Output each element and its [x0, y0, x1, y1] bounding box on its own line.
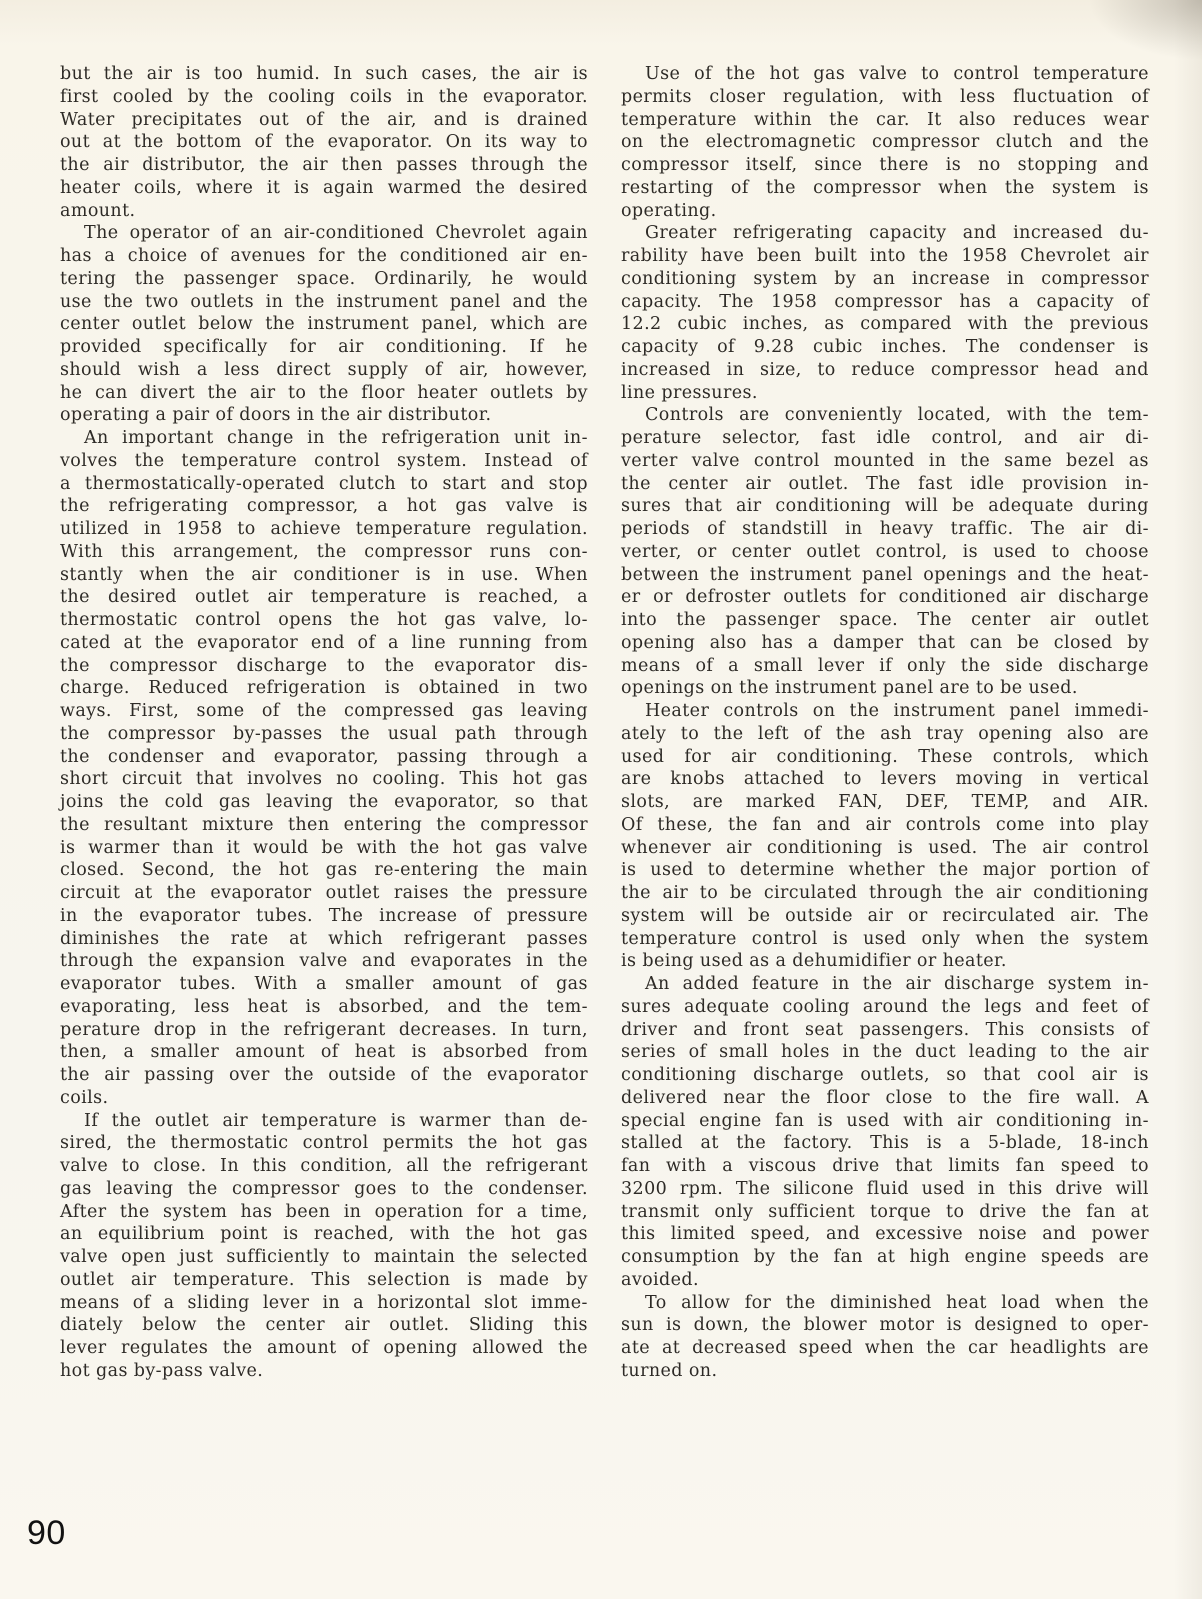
text-line: transmitonlysufficienttorquetodrivethefa…: [621, 1201, 1149, 1224]
text-line: hot gas by-pass valve.: [60, 1360, 588, 1383]
text-line: thecompressorby-passestheusualpaththroug…: [60, 723, 588, 746]
text-line: valvetoclose.Inthiscondition,alltherefri…: [60, 1155, 588, 1178]
text-line: driverandfrontseatpassengers.Thisconsist…: [621, 1019, 1149, 1042]
text-line: theairdistributor,theairthenpassesthroug…: [60, 154, 588, 177]
text-line: verter,orcenteroutletcontrol,isusedtocho…: [621, 541, 1149, 564]
text-line: hasachoiceofavenuesfortheconditionedaire…: [60, 245, 588, 268]
text-line: areknobsattachedtoleversmovinginvertical: [621, 768, 1149, 791]
text-line: Toallowforthediminishedheatloadwhenthe: [621, 1292, 1149, 1315]
text-line: valveopenjustsufficientlytomaintainthese…: [60, 1246, 588, 1269]
text-line: line pressures.: [621, 382, 1149, 405]
text-line: Anaddedfeatureintheairdischargesystemin-: [621, 973, 1149, 996]
text-line: openingalsohasadamperthatcanbeclosedby: [621, 632, 1149, 655]
text-line: consumptionbythefanathighenginespeedsare: [621, 1246, 1149, 1269]
text-line: atelytotheleftoftheashtrayopeningalsoare: [621, 723, 1149, 746]
text-line: thecenterairoutlet.Thefastidleprovisioni…: [621, 473, 1149, 496]
text-line: ateatdecreasedspeedwhenthecarheadlightsa…: [621, 1337, 1149, 1360]
text-line: suresthatairconditioningwillbeadequatedu…: [621, 495, 1149, 518]
text-line: deliverednearthefloorclosetothefirewall.…: [621, 1087, 1149, 1110]
text-line: ontheelectromagneticcompressorclutchandt…: [621, 131, 1149, 154]
text-line: periodsofstandstillinheavytraffic.Theair…: [621, 518, 1149, 541]
text-line: avoided.: [621, 1269, 1149, 1292]
text-line: turned on.: [621, 1360, 1149, 1383]
text-column-left: buttheairistoohumid.Insuchcases,theairis…: [60, 63, 588, 1383]
text-line: peraturedropintherefrigerantdecreases.In…: [60, 1019, 588, 1042]
text-line: operating a pair of doors in the air dis…: [60, 404, 588, 427]
text-line: therefrigeratingcompressor,ahotgasvalvei…: [60, 495, 588, 518]
text-line: capacity.The1958compressorhasacapacityof: [621, 291, 1149, 314]
text-line: outatthebottomoftheevaporator.Onitswayto: [60, 131, 588, 154]
text-line: peratureselector,fastidlecontrol,andaird…: [621, 427, 1149, 450]
text-line: heatercoils,whereitisagainwarmedthedesir…: [60, 177, 588, 200]
text-line: fanwithaviscousdrivethatlimitsfanspeedto: [621, 1155, 1149, 1178]
text-columns: buttheairistoohumid.Insuchcases,theairis…: [60, 63, 1149, 1383]
text-line: meansofaslidingleverinahorizontalslotimm…: [60, 1292, 588, 1315]
text-line: iswarmerthanitwouldbewiththehotgasvalve: [60, 837, 588, 860]
text-line: compressoritself,sincethereisnostoppinga…: [621, 154, 1149, 177]
text-line: gasleavingthecompressorgoestothecondense…: [60, 1178, 588, 1201]
text-line: thermostaticcontrolopensthehotgasvalve,l…: [60, 609, 588, 632]
text-line: thecompressordischargetotheevaporatordis…: [60, 655, 588, 678]
text-line: Heatercontrolsontheinstrumentpanelimmedi…: [621, 700, 1149, 723]
text-line: charge.Reducedrefrigerationisobtainedint…: [60, 677, 588, 700]
text-line: catedattheevaporatorendofalinerunningfro…: [60, 632, 588, 655]
text-line: slots,aremarkedFAN,DEF,TEMP,andAIR.: [621, 791, 1149, 814]
text-line: 12.2cubicinches,ascomparedwiththepreviou…: [621, 313, 1149, 336]
text-line: ways.First,someofthecompressedgasleaving: [60, 700, 588, 723]
text-line: Iftheoutletairtemperatureiswarmerthande-: [60, 1110, 588, 1133]
text-line: anequilibriumpointisreached,withthehotga…: [60, 1223, 588, 1246]
text-line: specialenginefanisusedwithairconditionin…: [621, 1110, 1149, 1133]
text-line: theairpassingovertheoutsideoftheevaporat…: [60, 1064, 588, 1087]
text-line: thislimitedspeed,andexcessivenoiseandpow…: [621, 1223, 1149, 1246]
text-line: stantlywhentheairconditionerisinuse.When: [60, 564, 588, 587]
text-line: leverregulatestheamountofopeningallowedt…: [60, 1337, 588, 1360]
text-line: is being used as a dehumidifier or heate…: [621, 950, 1149, 973]
text-line: throughtheexpansionvalveandevaporatesint…: [60, 950, 588, 973]
text-line: Theoperatorofanair-conditionedChevroleta…: [60, 222, 588, 245]
text-line: Greaterrefrigeratingcapacityandincreased…: [621, 222, 1149, 245]
text-line: restartingofthecompressorwhenthesystemis: [621, 177, 1149, 200]
text-line: hecandiverttheairtothefloorheateroutlets…: [60, 382, 588, 405]
text-line: increasedinsize,toreducecompressorheadan…: [621, 359, 1149, 382]
text-line: suresadequatecoolingaroundthelegsandfeet…: [621, 996, 1149, 1019]
text-line: Afterthesystemhasbeeninoperationforatime…: [60, 1201, 588, 1224]
text-line: erordefrosteroutletsforconditionedairdis…: [621, 586, 1149, 609]
text-line: temperaturewithinthecar.Italsoreduceswea…: [621, 109, 1149, 132]
text-line: then,asmalleramountofheatisabsorbedfrom: [60, 1041, 588, 1064]
text-line: coils.: [60, 1087, 588, 1110]
text-line: joinsthecoldgasleavingtheevaporator,soth…: [60, 791, 588, 814]
text-line: volvesthetemperaturecontrolsystem.Instea…: [60, 450, 588, 473]
text-line: centeroutletbelowtheinstrumentpanel,whic…: [60, 313, 588, 336]
text-line: Animportantchangeintherefrigerationuniti…: [60, 427, 588, 450]
text-line: wheneverairconditioningisused.Theaircont…: [621, 837, 1149, 860]
text-line: diminishestherateatwhichrefrigerantpasse…: [60, 928, 588, 951]
text-line: outletairtemperature.Thisselectionismade…: [60, 1269, 588, 1292]
text-line: systemwillbeoutsideairorrecirculatedair.…: [621, 905, 1149, 928]
text-line: seriesofsmallholesintheductleadingtothea…: [621, 1041, 1149, 1064]
text-line: closed.Second,thehotgasre-enteringthemai…: [60, 859, 588, 882]
text-line: openings on the instrument panel are to …: [621, 677, 1149, 700]
text-line: theairtobecirculatedthroughtheairconditi…: [621, 882, 1149, 905]
text-line: capacityof9.28cubicinches.Thecondenseris: [621, 336, 1149, 359]
text-line: Controlsareconvenientlylocated,withthete…: [621, 404, 1149, 427]
text-line: sunisdown,theblowermotorisdesignedtooper…: [621, 1314, 1149, 1337]
text-line: diatelybelowthecenterairoutlet.Slidingth…: [60, 1314, 588, 1337]
text-line: stalledatthefactory.Thisisa5-blade,18-in…: [621, 1132, 1149, 1155]
text-line: permitscloserregulation,withlessfluctuat…: [621, 86, 1149, 109]
text-line: athermostatically-operatedclutchtostarta…: [60, 473, 588, 496]
text-line: temperaturecontrolisusedonlywhenthesyste…: [621, 928, 1149, 951]
text-column-right: Useofthehotgasvalvetocontroltemperaturep…: [621, 63, 1149, 1383]
text-line: utilizedin1958toachievetemperatureregula…: [60, 518, 588, 541]
text-line: betweentheinstrumentpanelopeningsandtheh…: [621, 564, 1149, 587]
text-line: thecondenserandevaporator,passingthrough…: [60, 746, 588, 769]
text-line: conditioningsystembyanincreaseincompress…: [621, 268, 1149, 291]
text-line: usethetwooutletsintheinstrumentpanelandt…: [60, 291, 588, 314]
text-line: Withthisarrangement,thecompressorrunscon…: [60, 541, 588, 564]
text-line: evaporatortubes.Withasmalleramountofgas: [60, 973, 588, 996]
text-line: conditioningdischargeoutlets,sothatcoola…: [621, 1064, 1149, 1087]
text-line: rabilityhavebeenbuiltintothe1958Chevrole…: [621, 245, 1149, 268]
text-line: shortcircuitthatinvolvesnocooling.Thisho…: [60, 768, 588, 791]
text-line: intheevaporatortubes.Theincreaseofpressu…: [60, 905, 588, 928]
text-line: operating.: [621, 200, 1149, 223]
text-line: sired,thethermostaticcontrolpermitstheho…: [60, 1132, 588, 1155]
text-line: Useofthehotgasvalvetocontroltemperature: [621, 63, 1149, 86]
text-line: Waterprecipitatesoutoftheair,andisdraine…: [60, 109, 588, 132]
text-line: evaporating,lessheatisabsorbed,andthetem…: [60, 996, 588, 1019]
text-line: isusedtodeterminewhetherthemajorportiono…: [621, 859, 1149, 882]
text-line: meansofasmallleverifonlythesidedischarge: [621, 655, 1149, 678]
text-line: 3200rpm.Thesiliconefluidusedinthisdrivew…: [621, 1178, 1149, 1201]
text-line: firstcooledbythecoolingcoilsintheevapora…: [60, 86, 588, 109]
text-line: providedspecificallyforairconditioning.I…: [60, 336, 588, 359]
text-line: shouldwishalessdirectsupplyofair,however…: [60, 359, 588, 382]
text-line: intothepassengerspace.Thecenterairoutlet: [621, 609, 1149, 632]
document-page: buttheairistoohumid.Insuchcases,theairis…: [0, 0, 1202, 1599]
text-line: thedesiredoutletairtemperatureisreached,…: [60, 586, 588, 609]
text-line: amount.: [60, 200, 588, 223]
text-line: buttheairistoohumid.Insuchcases,theairis: [60, 63, 588, 86]
page-number: 90: [27, 1514, 66, 1553]
text-line: theresultantmixturethenenteringthecompre…: [60, 814, 588, 837]
text-line: usedforairconditioning.Thesecontrols,whi…: [621, 746, 1149, 769]
text-line: Ofthese,thefanandaircontrolscomeintoplay: [621, 814, 1149, 837]
text-line: teringthepassengerspace.Ordinarily,hewou…: [60, 268, 588, 291]
text-line: vertervalvecontrolmountedinthesamebezela…: [621, 450, 1149, 473]
text-line: circuitattheevaporatoroutletraisesthepre…: [60, 882, 588, 905]
